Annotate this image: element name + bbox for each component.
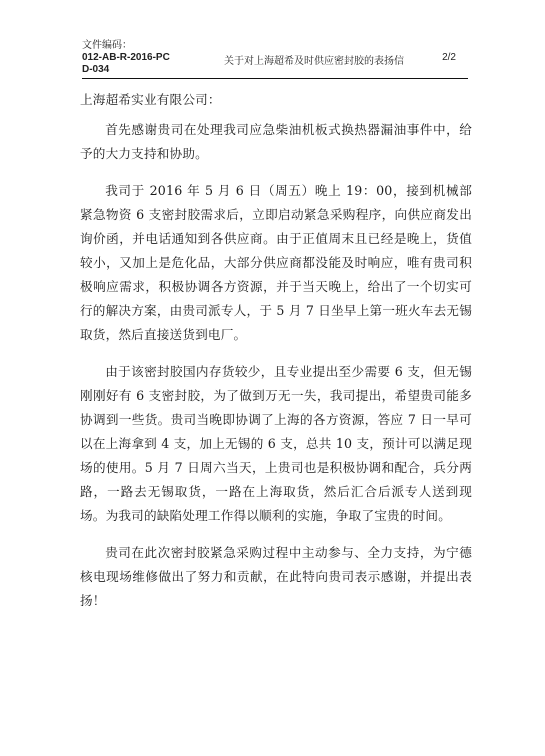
letter-body: 上海超希实业有限公司： 首先感谢贵司在处理我司应急柴油机板式换热器漏油事件中，给… (80, 88, 472, 626)
document-title: 关于对上海超希及时供应密封胶的表扬信 (224, 52, 404, 67)
paragraph-commendation: 贵司在此次密封胶紧急采购过程中主动参与、全力支持，为宁德核电现场维修做出了努力和… (80, 541, 472, 613)
document-code-label: 文件编码： (82, 40, 132, 51)
document-header: 文件编码： 012-AB-R-2016-PCD-034 关于对上海超希及时供应密… (82, 40, 468, 79)
salutation: 上海超希实业有限公司： (80, 88, 472, 112)
document-page: 文件编码： 012-AB-R-2016-PCD-034 关于对上海超希及时供应密… (0, 0, 545, 756)
paragraph-coordination: 由于该密封胶国内存货较少，且专业提出至少需要 6 支，但无锡刚刚好有 6 支密封… (80, 360, 472, 528)
paragraph-event: 我司于 2016 年 5 月 6 日（周五）晚上 19：00，接到机械部紧急物资… (80, 179, 472, 347)
document-code-value: 012-AB-R-2016-PCD-034 (82, 52, 172, 76)
document-code: 文件编码： 012-AB-R-2016-PCD-034 (82, 40, 172, 76)
page-number: 2/2 (442, 52, 456, 63)
paragraph-thanks: 首先感谢贵司在处理我司应急柴油机板式换热器漏油事件中，给予的大力支持和协助。 (80, 118, 472, 166)
